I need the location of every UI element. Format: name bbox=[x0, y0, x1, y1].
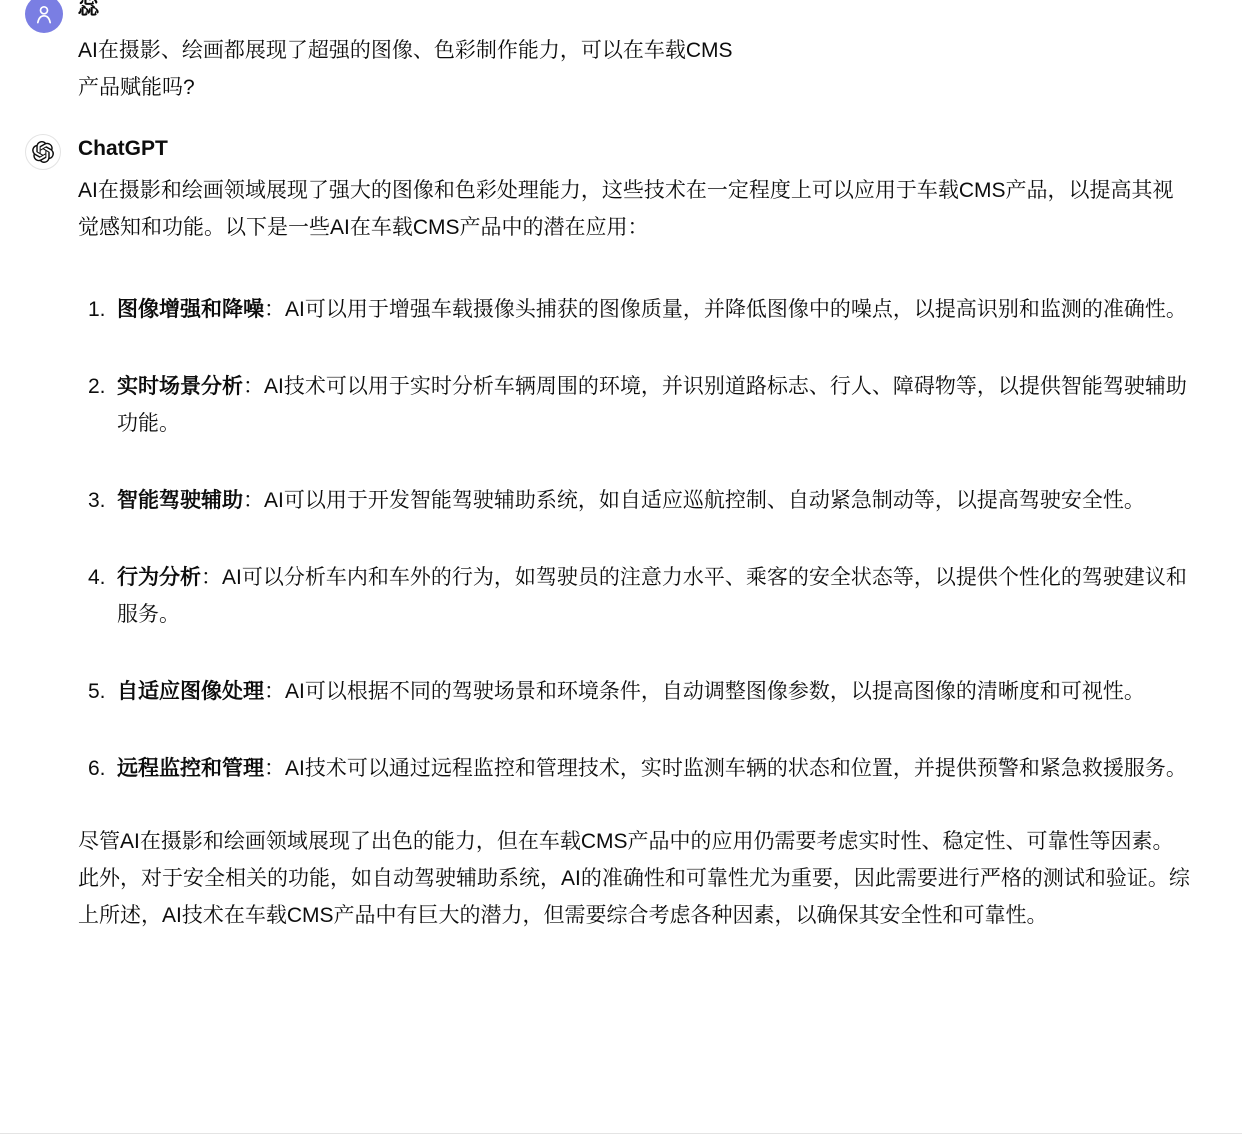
user-author-name: 惢 bbox=[78, 0, 1192, 22]
list-item-marker: 4. bbox=[88, 559, 117, 633]
intro-paragraph: AI在摄影和绘画领域展现了强大的图像和色彩处理能力，这些技术在一定程度上可以应用… bbox=[78, 172, 1192, 246]
list-item-title: 智能驾驶辅助 bbox=[117, 489, 243, 512]
outro-paragraph: 尽管AI在摄影和绘画领域展现了出色的能力，但在车载CMS产品中的应用仍需要考虑实… bbox=[78, 823, 1192, 934]
list-item-body: 自适应图像处理：AI可以根据不同的驾驶场景和环境条件，自动调整图像参数，以提高图… bbox=[117, 673, 1192, 710]
person-icon bbox=[32, 2, 56, 26]
list-item: 2. 实时场景分析：AI技术可以用于实时分析车辆周围的环境，并识别道路标志、行人… bbox=[78, 368, 1192, 442]
list-item-title: 自适应图像处理 bbox=[117, 680, 264, 703]
user-avatar bbox=[25, 0, 63, 33]
list-item: 3. 智能驾驶辅助：AI可以用于开发智能驾驶辅助系统，如自适应巡航控制、自动紧急… bbox=[78, 482, 1192, 519]
list-item-title: 图像增强和降噪 bbox=[117, 298, 264, 321]
list-item-text: ：AI可以根据不同的驾驶场景和环境条件，自动调整图像参数，以提高图像的清晰度和可… bbox=[264, 680, 1145, 703]
conversation-thread: 惢 AI在摄影、绘画都展现了超强的图像、色彩制作能力，可以在车载CMS 产品赋能… bbox=[0, 0, 1242, 934]
list-item: 4. 行为分析：AI可以分析车内和车外的行为，如驾驶员的注意力水平、乘客的安全状… bbox=[78, 559, 1192, 633]
list-item: 6. 远程监控和管理：AI技术可以通过远程监控和管理技术，实时监测车辆的状态和位… bbox=[78, 750, 1192, 787]
user-message-line: 产品赋能吗? bbox=[78, 69, 1192, 106]
list-item-body: 图像增强和降噪：AI可以用于增强车载摄像头捕获的图像质量，并降低图像中的噪点，以… bbox=[117, 291, 1192, 328]
list-item-body: 行为分析：AI可以分析车内和车外的行为，如驾驶员的注意力水平、乘客的安全状态等，… bbox=[117, 559, 1192, 633]
assistant-message: ChatGPT AI在摄影和绘画领域展现了强大的图像和色彩处理能力，这些技术在一… bbox=[25, 134, 1192, 934]
list-item-marker: 6. bbox=[88, 750, 117, 787]
list-item-marker: 2. bbox=[88, 368, 117, 442]
user-message-text: AI在摄影、绘画都展现了超强的图像、色彩制作能力，可以在车载CMS 产品赋能吗? bbox=[78, 32, 1192, 106]
list-item: 5. 自适应图像处理：AI可以根据不同的驾驶场景和环境条件，自动调整图像参数，以… bbox=[78, 673, 1192, 710]
list-item-title: 实时场景分析 bbox=[117, 375, 243, 398]
list-item-title: 远程监控和管理 bbox=[117, 757, 264, 780]
user-message-content: 惢 AI在摄影、绘画都展现了超强的图像、色彩制作能力，可以在车载CMS 产品赋能… bbox=[78, 0, 1192, 106]
numbered-list: 1. 图像增强和降噪：AI可以用于增强车载摄像头捕获的图像质量，并降低图像中的噪… bbox=[78, 291, 1192, 787]
openai-logo-icon bbox=[32, 141, 54, 163]
list-item-marker: 5. bbox=[88, 673, 117, 710]
chat-page: 惢 AI在摄影、绘画都展现了超强的图像、色彩制作能力，可以在车载CMS 产品赋能… bbox=[0, 0, 1242, 1141]
user-avatar-column bbox=[25, 0, 63, 33]
list-item-marker: 1. bbox=[88, 291, 117, 328]
list-item-title: 行为分析 bbox=[117, 566, 201, 589]
user-message: 惢 AI在摄影、绘画都展现了超强的图像、色彩制作能力，可以在车载CMS 产品赋能… bbox=[25, 0, 1192, 106]
list-item-text: ：AI可以分析车内和车外的行为，如驾驶员的注意力水平、乘客的安全状态等，以提供个… bbox=[117, 566, 1187, 626]
list-item-body: 远程监控和管理：AI技术可以通过远程监控和管理技术，实时监测车辆的状态和位置，并… bbox=[117, 750, 1192, 787]
list-item-text: ：AI可以用于开发智能驾驶辅助系统，如自适应巡航控制、自动紧急制动等，以提高驾驶… bbox=[243, 489, 1145, 512]
list-item-body: 智能驾驶辅助：AI可以用于开发智能驾驶辅助系统，如自适应巡航控制、自动紧急制动等… bbox=[117, 482, 1192, 519]
assistant-avatar bbox=[25, 134, 61, 170]
list-item-text: ：AI技术可以用于实时分析车辆周围的环境，并识别道路标志、行人、障碍物等，以提供… bbox=[117, 375, 1187, 435]
assistant-avatar-column bbox=[25, 134, 63, 170]
list-item: 1. 图像增强和降噪：AI可以用于增强车载摄像头捕获的图像质量，并降低图像中的噪… bbox=[78, 291, 1192, 328]
assistant-author-name: ChatGPT bbox=[78, 134, 1192, 163]
assistant-message-content: ChatGPT AI在摄影和绘画领域展现了强大的图像和色彩处理能力，这些技术在一… bbox=[78, 134, 1192, 934]
list-item-marker: 3. bbox=[88, 482, 117, 519]
list-item-text: ：AI可以用于增强车载摄像头捕获的图像质量，并降低图像中的噪点，以提高识别和监测… bbox=[264, 298, 1187, 321]
bottom-divider bbox=[0, 1133, 1242, 1134]
list-item-text: ：AI技术可以通过远程监控和管理技术，实时监测车辆的状态和位置，并提供预警和紧急… bbox=[264, 757, 1187, 780]
list-item-body: 实时场景分析：AI技术可以用于实时分析车辆周围的环境，并识别道路标志、行人、障碍… bbox=[117, 368, 1192, 442]
user-message-line: AI在摄影、绘画都展现了超强的图像、色彩制作能力，可以在车载CMS bbox=[78, 32, 1192, 69]
